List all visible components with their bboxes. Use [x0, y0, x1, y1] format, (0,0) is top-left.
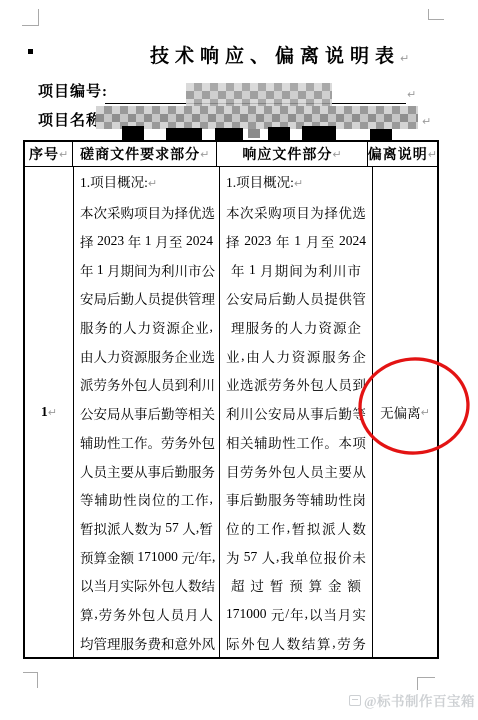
- header-label: 偏离说明: [368, 144, 428, 164]
- redaction-block: [122, 126, 144, 140]
- return-mark-icon: [200, 146, 209, 162]
- redaction-mosaic-project-number: [186, 83, 332, 106]
- text-line: 公安局后勤人员提供管: [226, 284, 366, 313]
- corner-mark-bottom-left: [23, 672, 38, 688]
- corner-mark-bottom-right: [417, 677, 435, 690]
- redaction-block: [268, 127, 290, 140]
- text-line: 等辅助性岗位的工作,: [80, 485, 213, 514]
- header-cell-requirement: 磋商文件要求部分: [72, 142, 216, 166]
- header-label: 响应文件部分: [242, 144, 332, 164]
- watermark: @标书制作百宝箱: [349, 690, 475, 710]
- redaction-block: [370, 129, 392, 140]
- text-line: 业,由人力资源服务企: [226, 341, 366, 370]
- text-line: 目劳务外包人员主要从: [226, 456, 366, 485]
- text-line: 利川公安局从事后勤等: [226, 399, 366, 428]
- cell-response: 1.项目概况:本次采购项目为择优选择 2023 年 1 月至 2024年 1 月…: [219, 167, 372, 657]
- cell-requirement: 1.项目概况:本次采购项目为择优选择 2023 年 1 月至 2024年 1 月…: [73, 167, 219, 657]
- return-mark-icon: [400, 45, 409, 67]
- return-mark-icon: [407, 83, 416, 102]
- text-line: 1.项目概况:: [80, 169, 213, 198]
- text-line: 位的工作,暂拟派人数: [226, 514, 366, 543]
- text-line: 业选派劳务外包人员到: [226, 370, 366, 399]
- text-line: 服务的人力资源企业,: [80, 313, 213, 342]
- deviation-table: 序号 磋商文件要求部分 响应文件部分 偏离说明 1 1.项目概况:本次采购项目为…: [23, 140, 439, 659]
- text-line: 辅助性工作。劳务外包: [80, 428, 213, 457]
- text-line: 171000 元/年,以当月实: [226, 600, 366, 629]
- redaction-mosaic-project-name: [96, 106, 418, 129]
- page-title: 技术响应、偏离说明表: [150, 41, 409, 68]
- cell-serial: 1: [25, 167, 73, 657]
- project-number-label: 项目编号:: [38, 80, 108, 101]
- text-line: 本次采购项目为择优选: [80, 198, 213, 227]
- serial-number: 1: [41, 404, 48, 420]
- return-mark-icon: [294, 175, 303, 191]
- text-line: 为 57 人,我单位报价未: [226, 542, 366, 571]
- text-line: 由人力资源服务企业选: [80, 341, 213, 370]
- redaction-block: [166, 128, 202, 140]
- page-title-text: 技术响应、偏离说明表: [150, 46, 400, 67]
- text-line: 暂拟派人数为 57 人,暂: [80, 514, 213, 543]
- text-line: 公安局从事后勤等相关: [80, 399, 213, 428]
- text-line: 择 2023 年 1 月至 2024: [226, 227, 366, 256]
- text-line: 事后勤服务等辅助性岗: [226, 485, 366, 514]
- return-mark-icon: [421, 404, 430, 420]
- text-line: 理服务的人力资源企: [226, 313, 366, 342]
- return-mark-icon: [428, 146, 437, 162]
- text-line: 预算金额 171000 元/年,: [80, 542, 213, 571]
- header-label: 序号: [29, 144, 59, 164]
- text-line: 以当月实际外包人数结: [80, 571, 213, 600]
- text-line: 均管理服务费和意外风: [80, 628, 213, 657]
- corner-mark-top-left: [22, 9, 39, 26]
- return-mark-icon: [422, 110, 431, 129]
- text-line: 超过暂预算金额: [226, 571, 366, 600]
- redaction-block: [302, 126, 336, 140]
- cell-deviation: 无偏离: [372, 167, 437, 657]
- header-label: 磋商文件要求部分: [80, 144, 200, 164]
- text-line: 相关辅助性工作。本项: [226, 428, 366, 457]
- project-name-label: 项目名称: [38, 109, 102, 130]
- text-line: 本次采购项目为择优选: [226, 198, 366, 227]
- text-line: 择 2023 年 1 月至 2024: [80, 227, 213, 256]
- redaction-block: [215, 128, 243, 140]
- header-cell-response: 响应文件部分: [216, 142, 367, 166]
- redaction-block: [248, 129, 260, 138]
- text-line: 1.项目概况:: [226, 169, 366, 198]
- return-mark-icon: [59, 146, 68, 162]
- text-line: 安局后勤人员提供管理: [80, 284, 213, 313]
- text-line: 年 1 月期间为利川市: [226, 255, 366, 284]
- header-cell-deviation: 偏离说明: [367, 142, 437, 166]
- table-row: 1 1.项目概况:本次采购项目为择优选择 2023 年 1 月至 2024年 1…: [25, 167, 437, 657]
- text-line: 年 1 月期间为利川市公: [80, 255, 213, 284]
- table-header-row: 序号 磋商文件要求部分 响应文件部分 偏离说明: [25, 142, 437, 167]
- document-page: 技术响应、偏离说明表 项目编号: 项目名称 序号 磋商文件要求部分 响应文件部分…: [0, 0, 478, 720]
- text-line: 算,劳务外包人员月人: [80, 600, 213, 629]
- return-mark-icon: [148, 175, 157, 191]
- watermark-text: @标书制作百宝箱: [364, 690, 475, 710]
- return-mark-icon: [48, 404, 57, 420]
- text-line: 人员主要从事后勤服务: [80, 456, 213, 485]
- deviation-text: 无偏离: [380, 402, 421, 422]
- corner-mark-top-right: [428, 9, 444, 20]
- return-mark-icon: [332, 146, 341, 162]
- header-cell-serial: 序号: [25, 142, 72, 166]
- bullet-marker: [28, 49, 33, 54]
- text-line: 派劳务外包人员到利川: [80, 370, 213, 399]
- text-line: 际外包人数结算,劳务: [226, 628, 366, 657]
- toolbox-icon: [349, 695, 361, 706]
